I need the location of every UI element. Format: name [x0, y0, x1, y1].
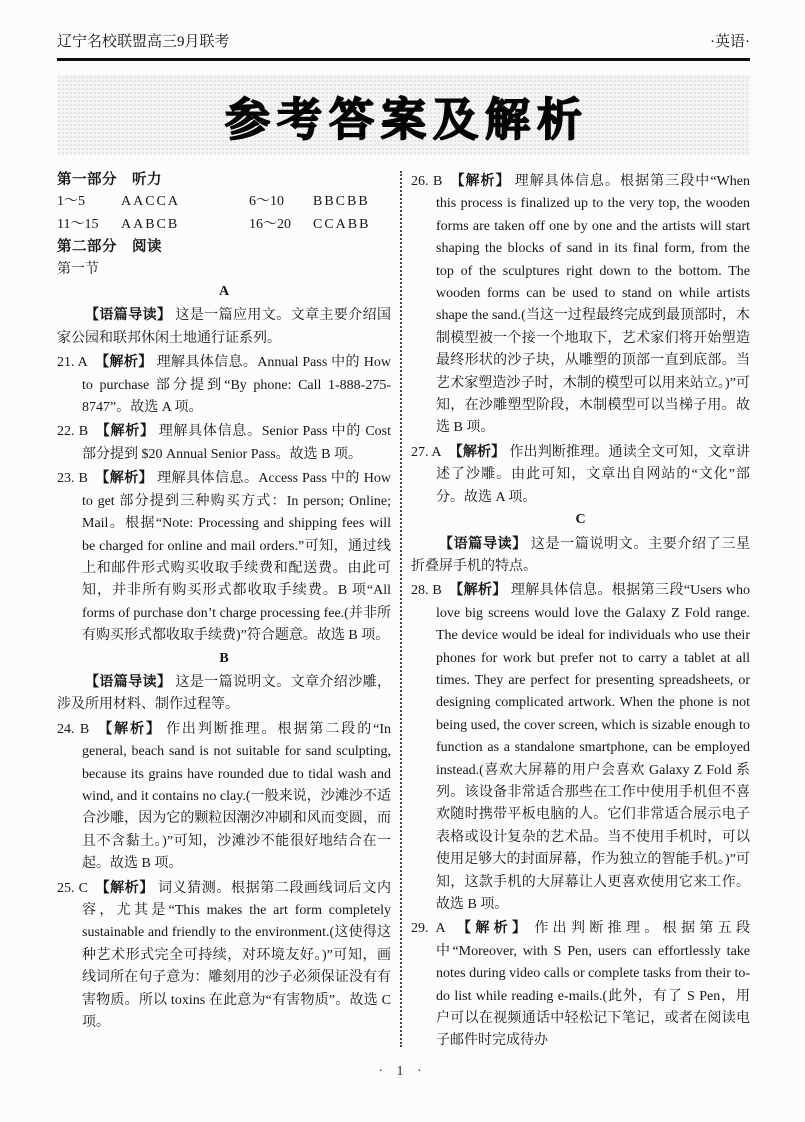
passage-b-intro: 【语篇导读】这是一篇说明文。文章介绍沙雕，涉及所用材料、制作过程等。 — [57, 670, 391, 717]
item-number-answer: 24. B — [57, 722, 89, 737]
item-number-answer: 21. A — [57, 355, 88, 370]
analysis-tag: 【解析】 — [95, 879, 154, 895]
analysis-tag: 【解析】 — [95, 422, 155, 438]
subject-label: ·英语· — [710, 30, 750, 51]
listening-answers-cell: 16～20CCABB — [249, 214, 370, 236]
analysis-tag: 【解析】 — [449, 581, 507, 597]
analysis-text: 作出判断推理。根据第五段中“Moreover, with S Pen, user… — [436, 921, 750, 1048]
answer-letters: AABCB — [121, 217, 179, 232]
item-number-answer: 29. A — [411, 921, 446, 936]
item-number-answer: 28. B — [411, 583, 442, 598]
item-number-answer: 26. B — [411, 174, 442, 189]
exam-name: 辽宁名校联盟高三9月联考 — [57, 30, 230, 51]
analysis-text: 词义猜测。根据第二段画线词后文内容，尤其是“This makes the art… — [82, 881, 391, 1030]
analysis-item-23: 23. B【解析】理解具体信息。Access Pass 中的 How to ge… — [57, 466, 391, 647]
analysis-tag: 【解析】 — [95, 469, 153, 485]
answer-letters: BBCBB — [313, 194, 370, 209]
analysis-item-27: 27. A【解析】作出判断推理。通读全文可知，文章讲述了沙雕。由此可知，文章出自… — [411, 440, 750, 509]
column-divider — [400, 171, 402, 1047]
item-number-answer: 22. B — [57, 424, 88, 439]
analysis-item-29: 29. A【解析】作出判断推理。根据第五段中“Moreover, with S … — [411, 916, 750, 1052]
page-header: 辽宁名校联盟高三9月联考 ·英语· — [57, 30, 750, 61]
analysis-tag: 【解析】 — [453, 919, 531, 935]
page-title: 参考答案及解析 — [218, 83, 589, 148]
part2-heading: 第二部分 阅读 — [57, 236, 391, 258]
item-number-answer: 23. B — [57, 471, 88, 486]
question-range: 1～5 — [57, 191, 107, 213]
analysis-item-28: 28. B【解析】理解具体信息。根据第三段“Users who love big… — [411, 578, 750, 916]
listening-answers-row: 11～15AABCB 16～20CCABB — [57, 214, 391, 236]
intro-tag: 【语篇导读】 — [439, 535, 527, 551]
content-columns: 第一部分 听力 1～5AACCA 6～10BBCBB 11～15AABCB 16… — [57, 169, 750, 1053]
passage-c-intro: 【语篇导读】这是一篇说明文。主要介绍了三星折叠屏手机的特点。 — [411, 532, 750, 579]
intro-tag: 【语篇导读】 — [85, 673, 171, 689]
analysis-tag: 【解析】 — [96, 720, 162, 736]
analysis-item-25: 25. C【解析】词义猜测。根据第二段画线词后文内容，尤其是“This make… — [57, 876, 391, 1035]
page-footer: · 1 · — [0, 1064, 805, 1080]
passage-a-label: A — [57, 281, 391, 303]
question-range: 6～10 — [249, 191, 299, 213]
passage-c-label: C — [411, 509, 750, 531]
listening-answers-cell: 1～5AACCA — [57, 191, 249, 213]
question-range: 16～20 — [249, 214, 299, 236]
section1-heading: 第一节 — [57, 259, 391, 281]
analysis-item-21: 21. A【解析】理解具体信息。Annual Pass 中的 How to pu… — [57, 350, 391, 419]
analysis-text: 理解具体信息。Access Pass 中的 How to get 部分提到三种购… — [82, 471, 391, 643]
question-range: 11～15 — [57, 214, 107, 236]
analysis-item-22: 22. B【解析】理解具体信息。Senior Pass 中的 Cost 部分提到… — [57, 419, 391, 466]
passage-a-intro: 【语篇导读】这是一篇应用文。文章主要介绍国家公园和联邦休闲土地通行证系列。 — [57, 303, 391, 350]
listening-answers-cell: 11～15AABCB — [57, 214, 249, 236]
analysis-tag: 【解析】 — [449, 172, 510, 188]
answer-letters: AACCA — [121, 194, 180, 209]
listening-answers-row: 1～5AACCA 6～10BBCBB — [57, 191, 391, 213]
analysis-tag: 【解析】 — [95, 353, 153, 369]
page-number: · 1 · — [378, 1064, 426, 1079]
item-number-answer: 27. A — [411, 445, 442, 460]
intro-tag: 【语篇导读】 — [85, 306, 171, 322]
analysis-item-26: 26. B【解析】理解具体信息。根据第三段中“When this process… — [411, 169, 750, 440]
analysis-item-24: 24. B【解析】作出判断推理。根据第二段的“In general, beach… — [57, 717, 391, 876]
analysis-text: 理解具体信息。根据第三段“Users who love big screens … — [436, 583, 750, 912]
item-number-answer: 25. C — [57, 881, 88, 896]
part1-heading: 第一部分 听力 — [57, 169, 391, 191]
listening-answers-cell: 6～10BBCBB — [249, 191, 370, 213]
analysis-text: 作出判断推理。根据第二段的“In general, beach sand is … — [82, 722, 391, 871]
left-column: 第一部分 听力 1～5AACCA 6～10BBCBB 11～15AABCB 16… — [57, 169, 391, 1053]
document-page: 辽宁名校联盟高三9月联考 ·英语· 参考答案及解析 第一部分 听力 1～5AAC… — [0, 0, 805, 1122]
analysis-tag: 【解析】 — [449, 443, 506, 459]
analysis-text: 理解具体信息。根据第三段中“When this process is final… — [436, 174, 750, 435]
answer-letters: CCABB — [313, 217, 370, 232]
right-column: 26. B【解析】理解具体信息。根据第三段中“When this process… — [411, 169, 750, 1053]
title-banner: 参考答案及解析 — [57, 75, 750, 155]
passage-b-label: B — [57, 648, 391, 670]
